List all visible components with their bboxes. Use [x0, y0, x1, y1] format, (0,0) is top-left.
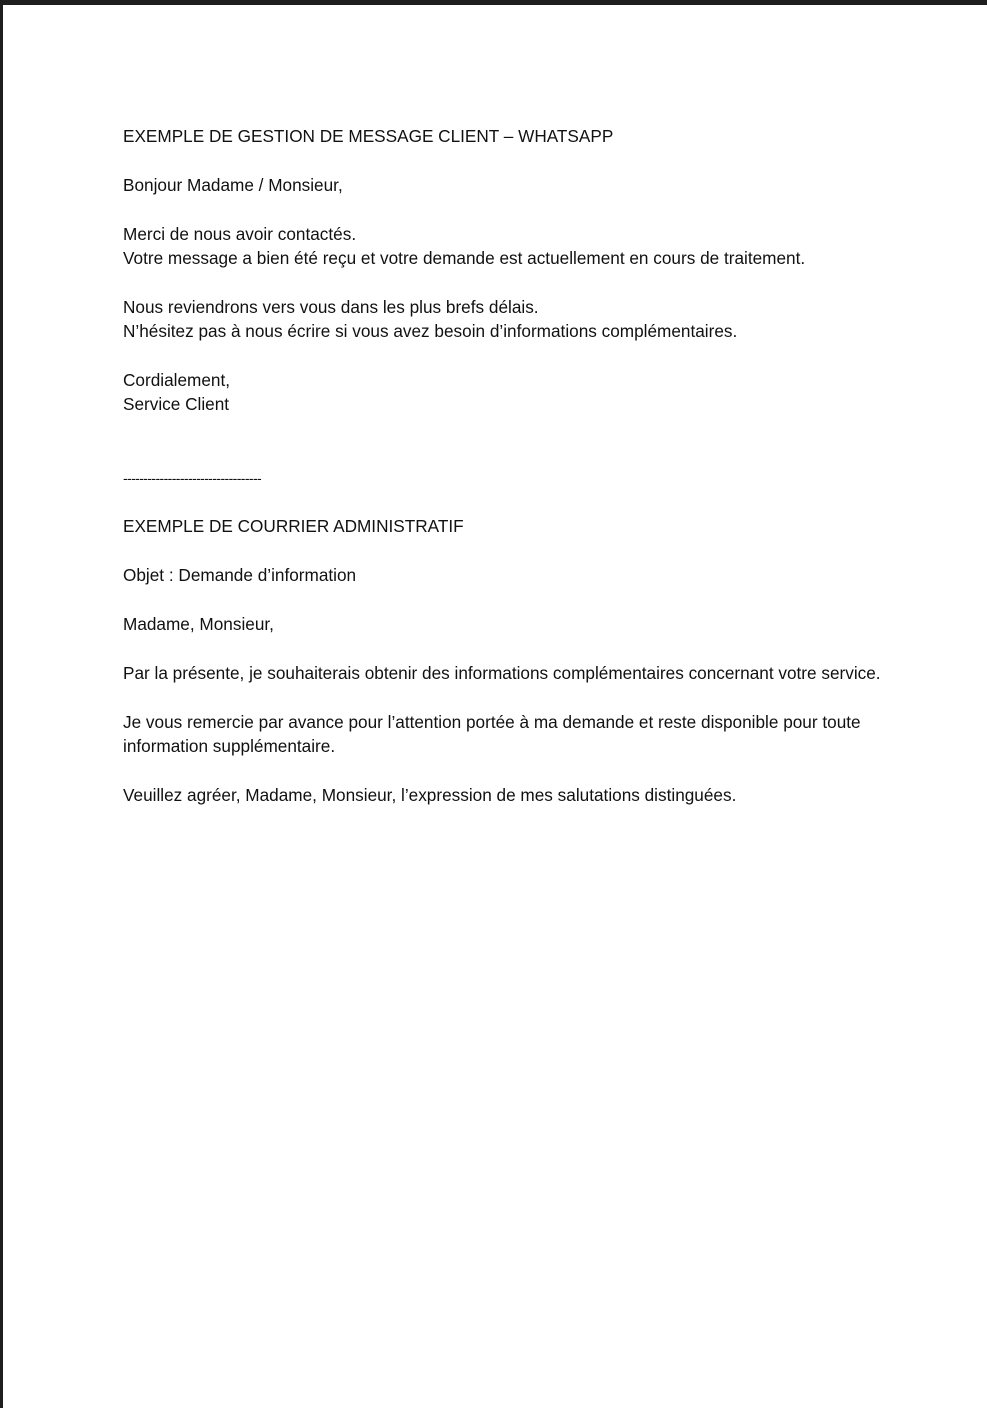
signoff-line: Cordialement,	[123, 368, 883, 392]
window-frame-top	[0, 0, 987, 5]
paragraph-line: Nous reviendrons vers vous dans les plus…	[123, 295, 883, 319]
greeting: Bonjour Madame / Monsieur,	[123, 173, 883, 197]
letter-closing: Veuillez agréer, Madame, Monsieur, l’exp…	[123, 783, 883, 807]
window-frame-left	[0, 0, 3, 1408]
letter-subject: Objet : Demande d’information	[123, 563, 883, 587]
section-title: EXEMPLE DE GESTION DE MESSAGE CLIENT – W…	[123, 124, 883, 148]
section-separator: ----------------------------------	[123, 466, 883, 490]
document-page: EXEMPLE DE GESTION DE MESSAGE CLIENT – W…	[123, 124, 883, 807]
section-title: EXEMPLE DE COURRIER ADMINISTRATIF	[123, 514, 883, 538]
letter-paragraph: Par la présente, je souhaiterais obtenir…	[123, 661, 883, 685]
section-administrative-letter: EXEMPLE DE COURRIER ADMINISTRATIF Objet …	[123, 514, 883, 807]
paragraph-line: N’hésitez pas à nous écrire si vous avez…	[123, 319, 883, 343]
paragraph-line: Merci de nous avoir contactés.	[123, 222, 883, 246]
letter-paragraph: Je vous remercie par avance pour l’atten…	[123, 710, 883, 759]
signature: Service Client	[123, 392, 883, 416]
section-whatsapp-message: EXEMPLE DE GESTION DE MESSAGE CLIENT – W…	[123, 124, 883, 417]
paragraph-line: Votre message a bien été reçu et votre d…	[123, 246, 883, 270]
letter-salutation: Madame, Monsieur,	[123, 612, 883, 636]
